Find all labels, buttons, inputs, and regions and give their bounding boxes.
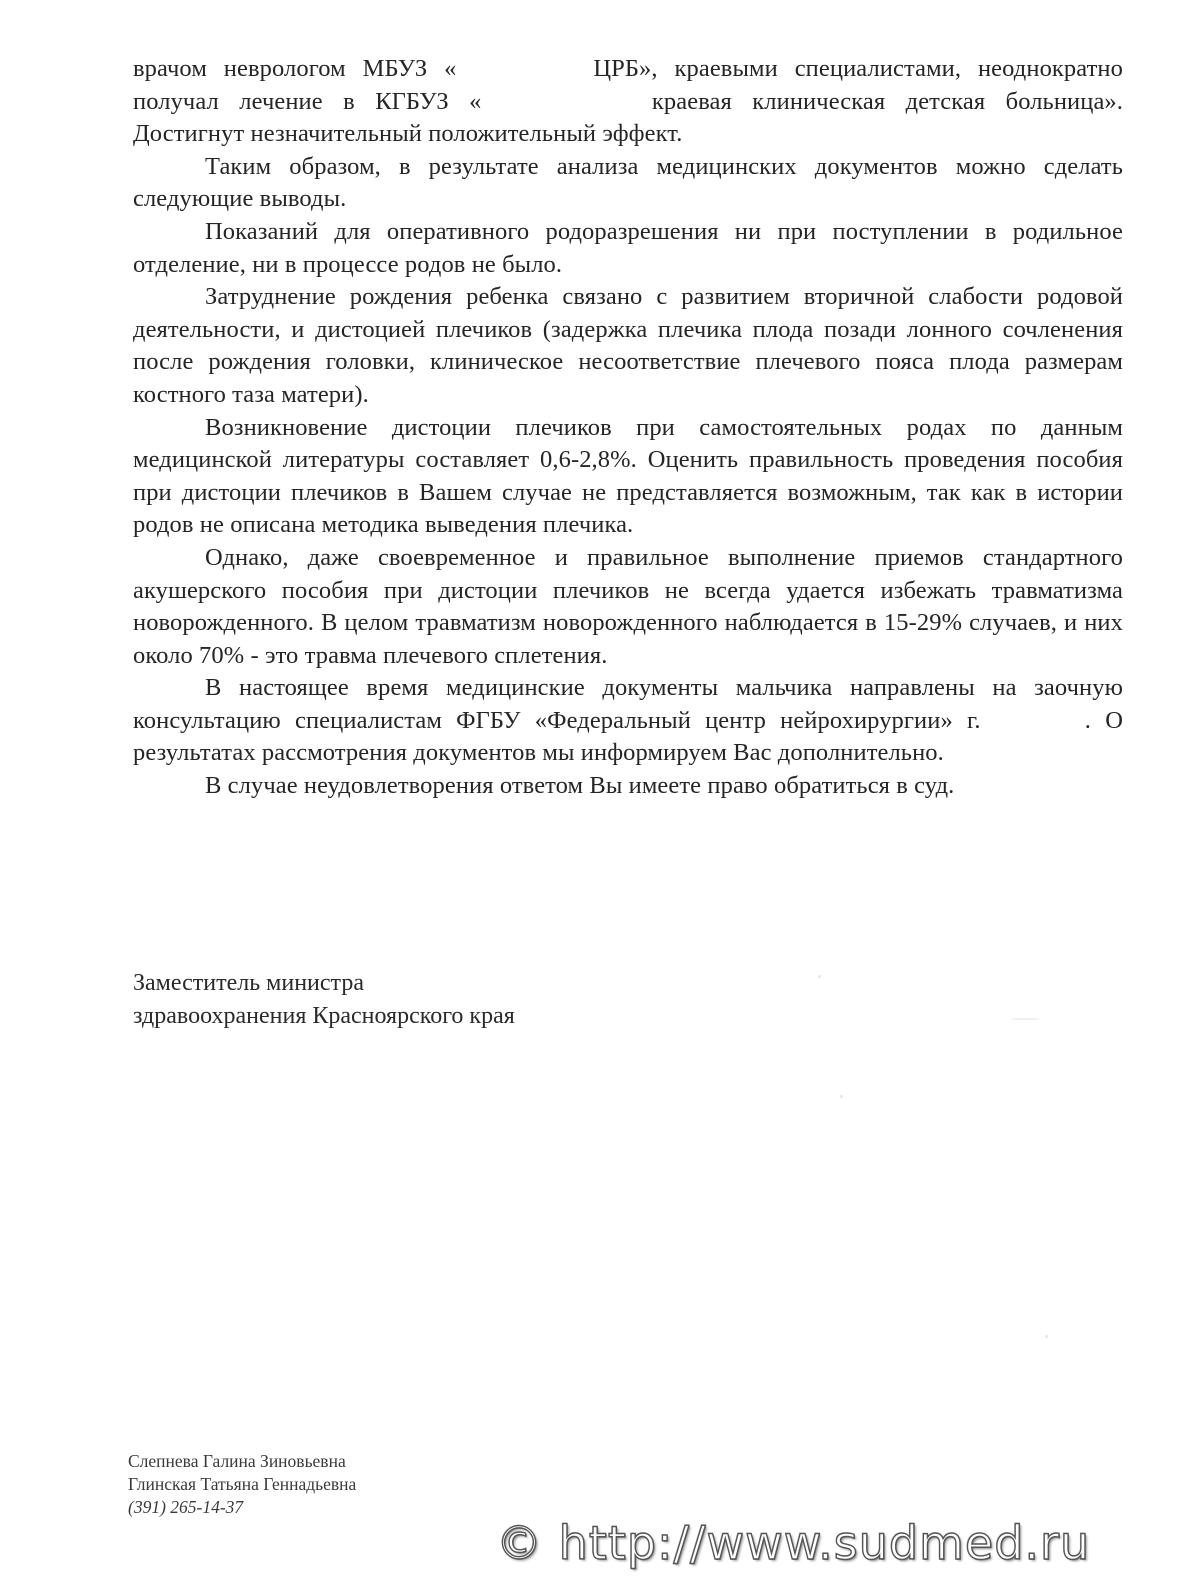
redacted-hospital-name bbox=[482, 86, 632, 119]
scan-artifact bbox=[1045, 1335, 1048, 1338]
executor-name-2: Глинская Татьяна Геннадьевна bbox=[128, 1473, 356, 1496]
redacted-hospital-name bbox=[457, 53, 577, 86]
paragraph-birth-difficulty: Затруднение рождения ребенка связано с р… bbox=[133, 281, 1123, 411]
text-segment: В настоящее время медицинские документы … bbox=[133, 674, 1123, 734]
executor-phone: (391) 265-14-37 bbox=[128, 1496, 356, 1519]
document-page: врачом неврологом МБУЗ « ЦРБ», краевыми … bbox=[0, 0, 1190, 1588]
executor-name-1: Слепнева Галина Зиновьевна bbox=[128, 1450, 356, 1473]
scan-artifact bbox=[818, 975, 821, 978]
site-watermark: © http://www.sudmed.ru bbox=[496, 1516, 1090, 1570]
text-segment: врачом неврологом МБУЗ « bbox=[133, 55, 457, 82]
letter-body: врачом неврологом МБУЗ « ЦРБ», краевыми … bbox=[133, 53, 1123, 803]
redacted-city-name bbox=[995, 705, 1085, 738]
signatory-title-line1: Заместитель министра bbox=[133, 967, 515, 1000]
executor-contacts: Слепнева Галина Зиновьевна Глинская Тать… bbox=[128, 1450, 356, 1519]
paragraph-dystocia-frequency: Возникновение дистоции плечиков при само… bbox=[133, 412, 1123, 542]
paragraph-no-indications: Показаний для оперативного родоразрешени… bbox=[133, 216, 1123, 281]
scan-artifact bbox=[1010, 1018, 1040, 1020]
paragraph-court-right: В случае неудовлетворения ответом Вы име… bbox=[133, 770, 1123, 803]
paragraph-newborn-trauma: Однако, даже своевременное и правильное … bbox=[133, 542, 1123, 672]
signature-block: Заместитель министра здравоохранения Кра… bbox=[133, 967, 515, 1033]
paragraph-conclusions-intro: Таким образом, в результате анализа меди… bbox=[133, 151, 1123, 216]
paragraph-treatment-history: врачом неврологом МБУЗ « ЦРБ», краевыми … bbox=[133, 53, 1123, 151]
signatory-title-line2: здравоохранения Красноярского края bbox=[133, 1000, 515, 1033]
paragraph-consultation: В настоящее время медицинские документы … bbox=[133, 672, 1123, 770]
scan-artifact bbox=[840, 1095, 843, 1098]
